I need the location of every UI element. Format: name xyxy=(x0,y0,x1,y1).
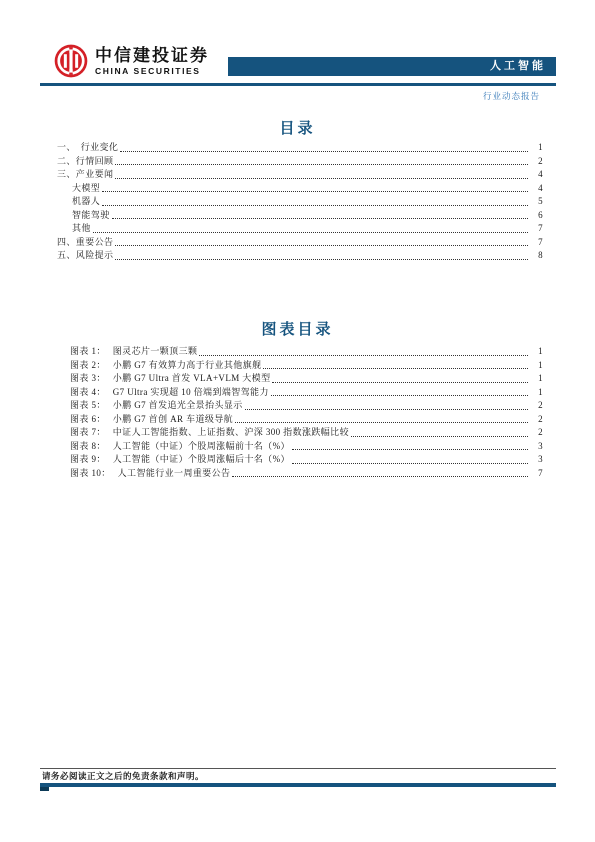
header-divider xyxy=(40,83,556,86)
page-number: 8 xyxy=(530,249,543,263)
figure-item[interactable]: 图表 7：中证人工智能指数、上证指数、沪深 300 指数涨跌幅比较2 xyxy=(70,426,543,440)
dot-leader xyxy=(120,151,528,152)
dot-leader xyxy=(115,245,528,246)
toc-item-sub[interactable]: 智能驾驶6 xyxy=(57,209,543,223)
dot-leader xyxy=(271,395,528,396)
report-type-label: 行业动态报告 xyxy=(483,90,540,102)
page-number: 1 xyxy=(530,345,543,359)
page-number: 2 xyxy=(530,413,543,427)
report-page: 中信建投证券 CHINA SECURITIES 人工智能 行业动态报告 目录 一… xyxy=(0,0,595,842)
page-number: 7 xyxy=(530,467,543,481)
figure-item[interactable]: 图表 9：人工智能（中证）个股周涨幅后十名（%）3 xyxy=(70,453,543,467)
dot-leader xyxy=(263,368,528,369)
figure-item[interactable]: 图表 6：小鹏 G7 首创 AR 车道级导航2 xyxy=(70,413,543,427)
page-number: 7 xyxy=(530,236,543,250)
dot-leader xyxy=(112,218,528,219)
figure-index-list: 图表 1：图灵芯片一颗顶三颗1 图表 2：小鹏 G7 有效算力高于行业其他旗舰1… xyxy=(70,345,543,480)
dot-leader xyxy=(292,449,528,450)
footer-stub-mark xyxy=(40,787,49,791)
dot-leader xyxy=(245,409,528,410)
figure-item[interactable]: 图表 8：人工智能（中证）个股周涨幅前十名（%）3 xyxy=(70,440,543,454)
figure-item[interactable]: 图表 2：小鹏 G7 有效算力高于行业其他旗舰1 xyxy=(70,359,543,373)
brand-name-en: CHINA SECURITIES xyxy=(95,67,209,76)
dot-leader xyxy=(115,164,528,165)
toc-item[interactable]: 二、行情回顾2 xyxy=(57,155,543,169)
toc-item-sub[interactable]: 其他7 xyxy=(57,222,543,236)
figure-item[interactable]: 图表 4：G7 Ultra 实现超 10 倍端到端智驾能力1 xyxy=(70,386,543,400)
toc-item[interactable]: 三、产业要闻4 xyxy=(57,168,543,182)
page-number: 4 xyxy=(530,182,543,196)
figure-item[interactable]: 图表 1：图灵芯片一颗顶三颗1 xyxy=(70,345,543,359)
footer-disclaimer: 请务必阅读正文之后的免责条款和声明。 xyxy=(42,770,204,782)
dot-leader xyxy=(102,205,528,206)
page-number: 5 xyxy=(530,195,543,209)
page-number: 2 xyxy=(530,155,543,169)
industry-banner: 人工智能 xyxy=(228,57,556,76)
page-number: 1 xyxy=(530,372,543,386)
toc-item[interactable]: 五、风险提示8 xyxy=(57,249,543,263)
brand-name-cn: 中信建投证券 xyxy=(95,47,209,64)
dot-leader xyxy=(232,476,528,477)
toc-list: 一、 行业变化1 二、行情回顾2 三、产业要闻4 大模型4 机器人5 智能驾驶6… xyxy=(57,141,543,263)
dot-leader xyxy=(115,259,528,260)
footer-thin-rule xyxy=(40,768,556,769)
dot-leader xyxy=(351,436,528,437)
toc-item-sub[interactable]: 大模型4 xyxy=(57,182,543,196)
page-number: 2 xyxy=(530,399,543,413)
toc-item[interactable]: 一、 行业变化1 xyxy=(57,141,543,155)
dot-leader xyxy=(235,422,528,423)
citic-logo-icon xyxy=(54,44,88,78)
figure-index-title: 图表目录 xyxy=(0,318,595,339)
figure-item[interactable]: 图表 3：小鹏 G7 Ultra 首发 VLA+VLM 大模型1 xyxy=(70,372,543,386)
page-number: 1 xyxy=(530,359,543,373)
page-number: 7 xyxy=(530,222,543,236)
figure-item[interactable]: 图表 5：小鹏 G7 首发追光全景抬头显示2 xyxy=(70,399,543,413)
dot-leader xyxy=(199,355,528,356)
brand-logo: 中信建投证券 CHINA SECURITIES xyxy=(54,44,209,78)
footer-thick-rule xyxy=(40,783,556,787)
figure-item[interactable]: 图表 10：人工智能行业一周重要公告7 xyxy=(70,467,543,481)
dot-leader xyxy=(292,463,528,464)
dot-leader xyxy=(115,178,528,179)
page-number: 2 xyxy=(530,426,543,440)
page-number: 1 xyxy=(530,141,543,155)
toc-title: 目录 xyxy=(0,117,595,138)
toc-item[interactable]: 四、重要公告7 xyxy=(57,236,543,250)
page-number: 1 xyxy=(530,386,543,400)
page-number: 3 xyxy=(530,440,543,454)
page-number: 4 xyxy=(530,168,543,182)
dot-leader xyxy=(102,191,528,192)
page-number: 6 xyxy=(530,209,543,223)
dot-leader xyxy=(272,382,528,383)
dot-leader xyxy=(93,232,528,233)
page-number: 3 xyxy=(530,453,543,467)
toc-item-sub[interactable]: 机器人5 xyxy=(57,195,543,209)
